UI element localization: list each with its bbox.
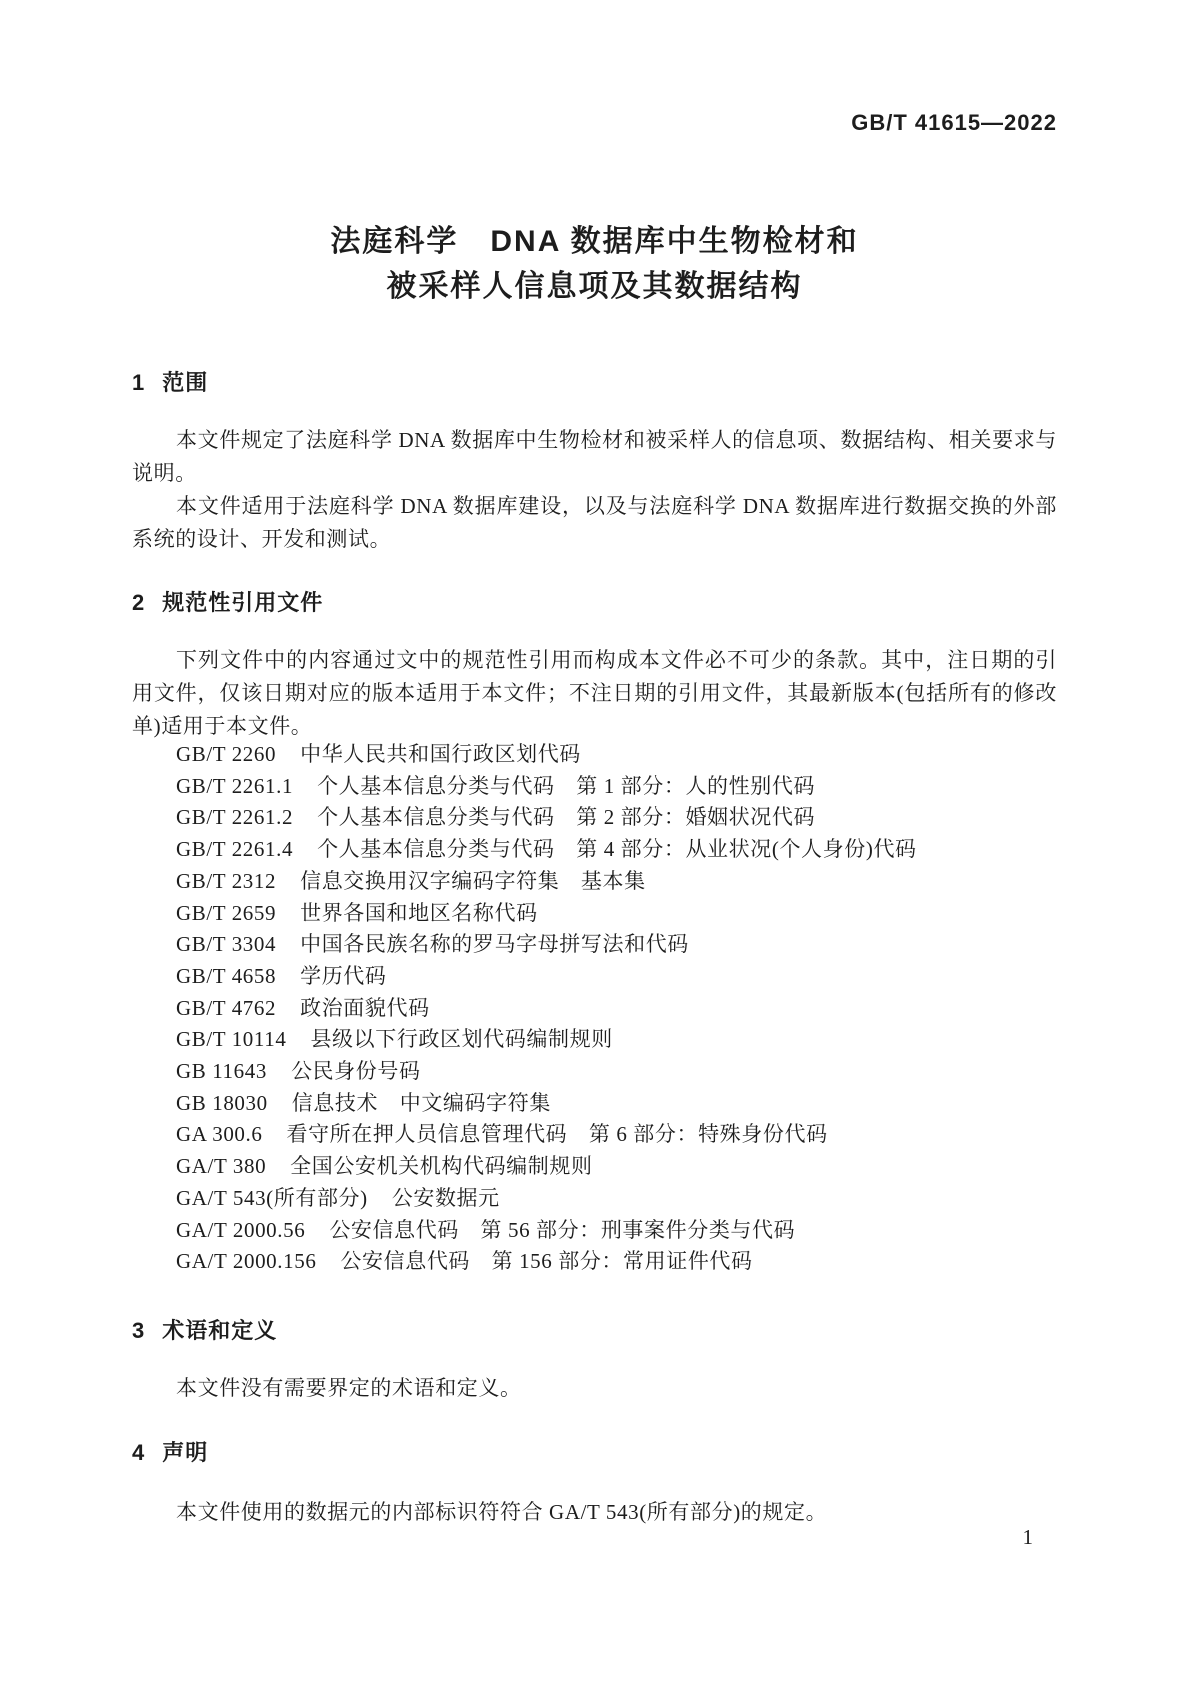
reference-code: GA/T 543(所有部分) (176, 1186, 368, 1210)
section-1-heading-text: 范围 (162, 370, 208, 395)
reference-item: GB/T 4762政治面貌代码 (132, 993, 1057, 1025)
page-content: GB/T 41615—2022 法庭科学 DNA 数据库中生物检材和被采样人信息… (132, 0, 1057, 1684)
reference-item: GB 11643公民身份号码 (132, 1056, 1057, 1088)
section-3-heading-text: 术语和定义 (162, 1318, 277, 1343)
reference-code: GA 300.6 (176, 1122, 262, 1146)
reference-item: GB/T 10114县级以下行政区划代码编制规则 (132, 1024, 1057, 1056)
reference-title: 中华人民共和国行政区划代码 (300, 742, 581, 766)
reference-code: GB/T 2659 (176, 901, 276, 925)
normative-reference-list: GB/T 2260中华人民共和国行政区划代码 GB/T 2261.1个人基本信息… (132, 739, 1057, 1278)
section-4-heading: 4声明 (132, 1436, 208, 1469)
reference-title: 个人基本信息分类与代码 第 2 部分：婚姻状况代码 (317, 805, 815, 829)
reference-title: 公安数据元 (392, 1186, 500, 1210)
reference-item: GB/T 2312信息交换用汉字编码字符集 基本集 (132, 866, 1057, 898)
reference-title: 世界各国和地区名称代码 (300, 901, 538, 925)
section-2-paragraph: 下列文件中的内容通过文中的规范性引用而构成本文件必不可少的条款。其中，注日期的引… (132, 644, 1057, 743)
document-page: GB/T 41615—2022 法庭科学 DNA 数据库中生物检材和被采样人信息… (0, 0, 1191, 1684)
section-4-heading-text: 声明 (162, 1440, 208, 1465)
reference-title: 中国各民族名称的罗马字母拼写法和代码 (300, 932, 689, 956)
reference-item: GB/T 4658学历代码 (132, 961, 1057, 993)
reference-code: GA/T 2000.56 (176, 1218, 305, 1242)
reference-title: 县级以下行政区划代码编制规则 (310, 1027, 612, 1051)
reference-title: 公安信息代码 第 56 部分：刑事案件分类与代码 (329, 1218, 795, 1242)
page-number: 1 (1023, 1522, 1034, 1552)
reference-item: GA/T 380全国公安机关机构代码编制规则 (132, 1151, 1057, 1183)
reference-code: GB 18030 (176, 1091, 268, 1115)
reference-item: GB/T 2659世界各国和地区名称代码 (132, 898, 1057, 930)
reference-title: 个人基本信息分类与代码 第 1 部分：人的性别代码 (317, 774, 815, 798)
reference-code: GB/T 2260 (176, 742, 276, 766)
section-2-number: 2 (132, 586, 145, 619)
section-1-paragraph: 本文件规定了法庭科学 DNA 数据库中生物检材和被采样人的信息项、数据结构、相关… (132, 424, 1057, 490)
reference-code: GB/T 2261.2 (176, 805, 293, 829)
reference-item: GB/T 2261.1个人基本信息分类与代码 第 1 部分：人的性别代码 (132, 771, 1057, 803)
reference-title: 信息技术 中文编码字符集 (292, 1091, 551, 1115)
reference-title: 个人基本信息分类与代码 第 4 部分：从业状况(个人身份)代码 (317, 837, 917, 861)
reference-code: GB 11643 (176, 1059, 267, 1083)
reference-item: GB 18030信息技术 中文编码字符集 (132, 1088, 1057, 1120)
reference-item: GA 300.6看守所在押人员信息管理代码 第 6 部分：特殊身份代码 (132, 1119, 1057, 1151)
reference-code: GB/T 10114 (176, 1027, 286, 1051)
reference-code: GA/T 380 (176, 1154, 266, 1178)
reference-item: GB/T 3304中国各民族名称的罗马字母拼写法和代码 (132, 929, 1057, 961)
standard-number: GB/T 41615—2022 (851, 110, 1057, 136)
reference-title: 学历代码 (300, 964, 386, 988)
section-2-heading: 2规范性引用文件 (132, 586, 323, 619)
reference-title: 公民身份号码 (291, 1059, 421, 1083)
section-3-number: 3 (132, 1314, 145, 1347)
section-1-heading: 1范围 (132, 366, 208, 399)
reference-code: GB/T 2261.4 (176, 837, 293, 861)
reference-title: 政治面貌代码 (300, 996, 430, 1020)
title-line-2: 被采样人信息项及其数据结构 (132, 264, 1057, 309)
document-title: 法庭科学 DNA 数据库中生物检材和被采样人信息项及其数据结构 (132, 219, 1057, 309)
reference-item: GB/T 2261.2个人基本信息分类与代码 第 2 部分：婚姻状况代码 (132, 802, 1057, 834)
section-4-paragraph: 本文件使用的数据元的内部标识符符合 GA/T 543(所有部分)的规定。 (132, 1496, 1057, 1529)
section-3-paragraph: 本文件没有需要界定的术语和定义。 (132, 1372, 1057, 1405)
section-2-heading-text: 规范性引用文件 (162, 590, 323, 615)
section-3-heading: 3术语和定义 (132, 1314, 277, 1347)
section-4-number: 4 (132, 1436, 145, 1469)
reference-title: 公安信息代码 第 156 部分：常用证件代码 (340, 1249, 752, 1273)
reference-code: GB/T 3304 (176, 932, 276, 956)
reference-code: GB/T 2312 (176, 869, 276, 893)
reference-title: 全国公安机关机构代码编制规则 (290, 1154, 592, 1178)
reference-title: 看守所在押人员信息管理代码 第 6 部分：特殊身份代码 (286, 1122, 827, 1146)
reference-item: GA/T 2000.56公安信息代码 第 56 部分：刑事案件分类与代码 (132, 1215, 1057, 1247)
reference-code: GA/T 2000.156 (176, 1249, 316, 1273)
reference-item: GA/T 2000.156公安信息代码 第 156 部分：常用证件代码 (132, 1246, 1057, 1278)
section-1-number: 1 (132, 366, 145, 399)
reference-item: GB/T 2261.4个人基本信息分类与代码 第 4 部分：从业状况(个人身份)… (132, 834, 1057, 866)
reference-code: GB/T 2261.1 (176, 774, 293, 798)
reference-code: GB/T 4658 (176, 964, 276, 988)
section-1-paragraph: 本文件适用于法庭科学 DNA 数据库建设，以及与法庭科学 DNA 数据库进行数据… (132, 490, 1057, 556)
reference-title: 信息交换用汉字编码字符集 基本集 (300, 869, 646, 893)
reference-code: GB/T 4762 (176, 996, 276, 1020)
reference-item: GB/T 2260中华人民共和国行政区划代码 (132, 739, 1057, 771)
title-line-1: 法庭科学 DNA 数据库中生物检材和 (132, 219, 1057, 264)
reference-item: GA/T 543(所有部分)公安数据元 (132, 1183, 1057, 1215)
